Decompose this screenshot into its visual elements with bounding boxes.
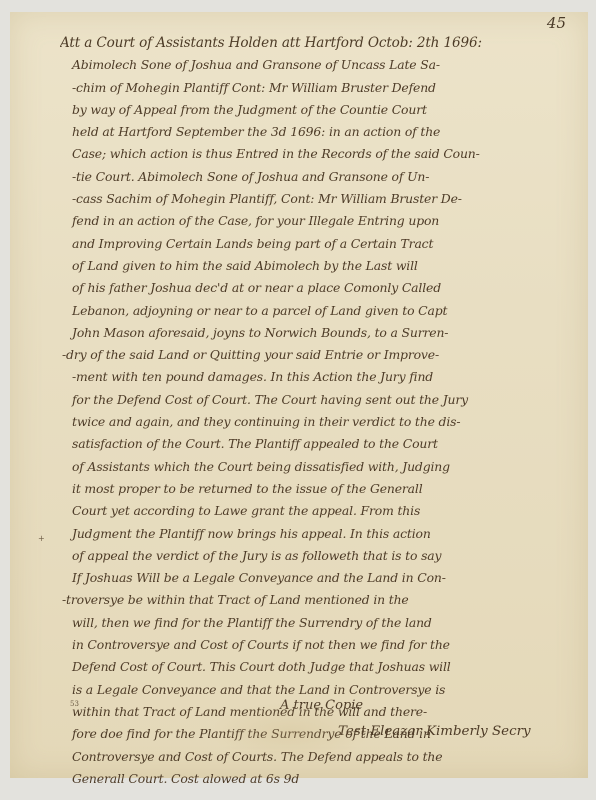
text-line: Court yet according to Lawe grant the ap… (62, 500, 584, 522)
text-line: of his father Joshua dec'd at or near a … (62, 277, 584, 299)
text-line: Controversye and Cost of Courts. The Def… (62, 746, 584, 768)
text-line: -dry of the said Land or Quitting your s… (62, 344, 584, 366)
folio-number: 45 (547, 14, 566, 32)
text-line: John Mason aforesaid, joyns to Norwich B… (62, 322, 584, 344)
text-line: If Joshuas Will be a Legale Conveyance a… (62, 567, 584, 589)
text-line: satisfaction of the Court. The Plantiff … (62, 433, 584, 455)
text-line: twice and again, and they continuing in … (62, 411, 584, 433)
text-line: Defend Cost of Court. This Court doth Ju… (62, 656, 584, 678)
text-line: -tie Court. Abimolech Sone of Joshua and… (62, 166, 584, 188)
attestation-line: A true Copie (280, 698, 363, 713)
margin-note-number: 53 (70, 700, 79, 708)
manuscript-text: Att a Court of Assistants Holden att Har… (62, 32, 584, 790)
text-line: by way of Appeal from the Judgment of th… (62, 99, 584, 121)
text-line: Lebanon, adjoyning or near to a parcel o… (62, 300, 584, 322)
text-line: of Land given to him the said Abimolech … (62, 255, 584, 277)
text-line: Case; which action is thus Entred in the… (62, 143, 584, 165)
text-line: fend in an action of the Case, for your … (62, 210, 584, 232)
secretary-signature: Test Eleazar Kimberly Secry (338, 724, 531, 739)
text-line: -chim of Mohegin Plantiff Cont: Mr Willi… (62, 77, 584, 99)
text-line: held at Hartford September the 3d 1696: … (62, 121, 584, 143)
text-line: it most proper to be returned to the iss… (62, 478, 584, 500)
court-heading: Att a Court of Assistants Holden att Har… (60, 32, 584, 54)
text-line: Judgment the Plantiff now brings his app… (62, 523, 584, 545)
text-line: Generall Court. Cost alowed at 6s 9d (62, 768, 584, 790)
text-line: within that Tract of Land mentioned in t… (62, 701, 584, 723)
text-line: -cass Sachim of Mohegin Plantiff, Cont: … (62, 188, 584, 210)
text-line: -ment with ten pound damages. In this Ac… (62, 366, 584, 388)
text-line: of appeal the verdict of the Jury is as … (62, 545, 584, 567)
text-line: for the Defend Cost of Court. The Court … (62, 389, 584, 411)
text-line: will, then we find for the Plantiff the … (62, 612, 584, 634)
text-line: of Assistants which the Court being diss… (62, 456, 584, 478)
text-line: Abimolech Sone of Joshua and Gransone of… (62, 54, 584, 76)
text-line: and Improving Certain Lands being part o… (62, 233, 584, 255)
margin-mark: + (38, 534, 45, 543)
manuscript-page: 45 Att a Court of Assistants Holden att … (10, 12, 588, 778)
text-line: -troversye be within that Tract of Land … (62, 589, 584, 611)
text-line: in Controversye and Cost of Courts if no… (62, 634, 584, 656)
